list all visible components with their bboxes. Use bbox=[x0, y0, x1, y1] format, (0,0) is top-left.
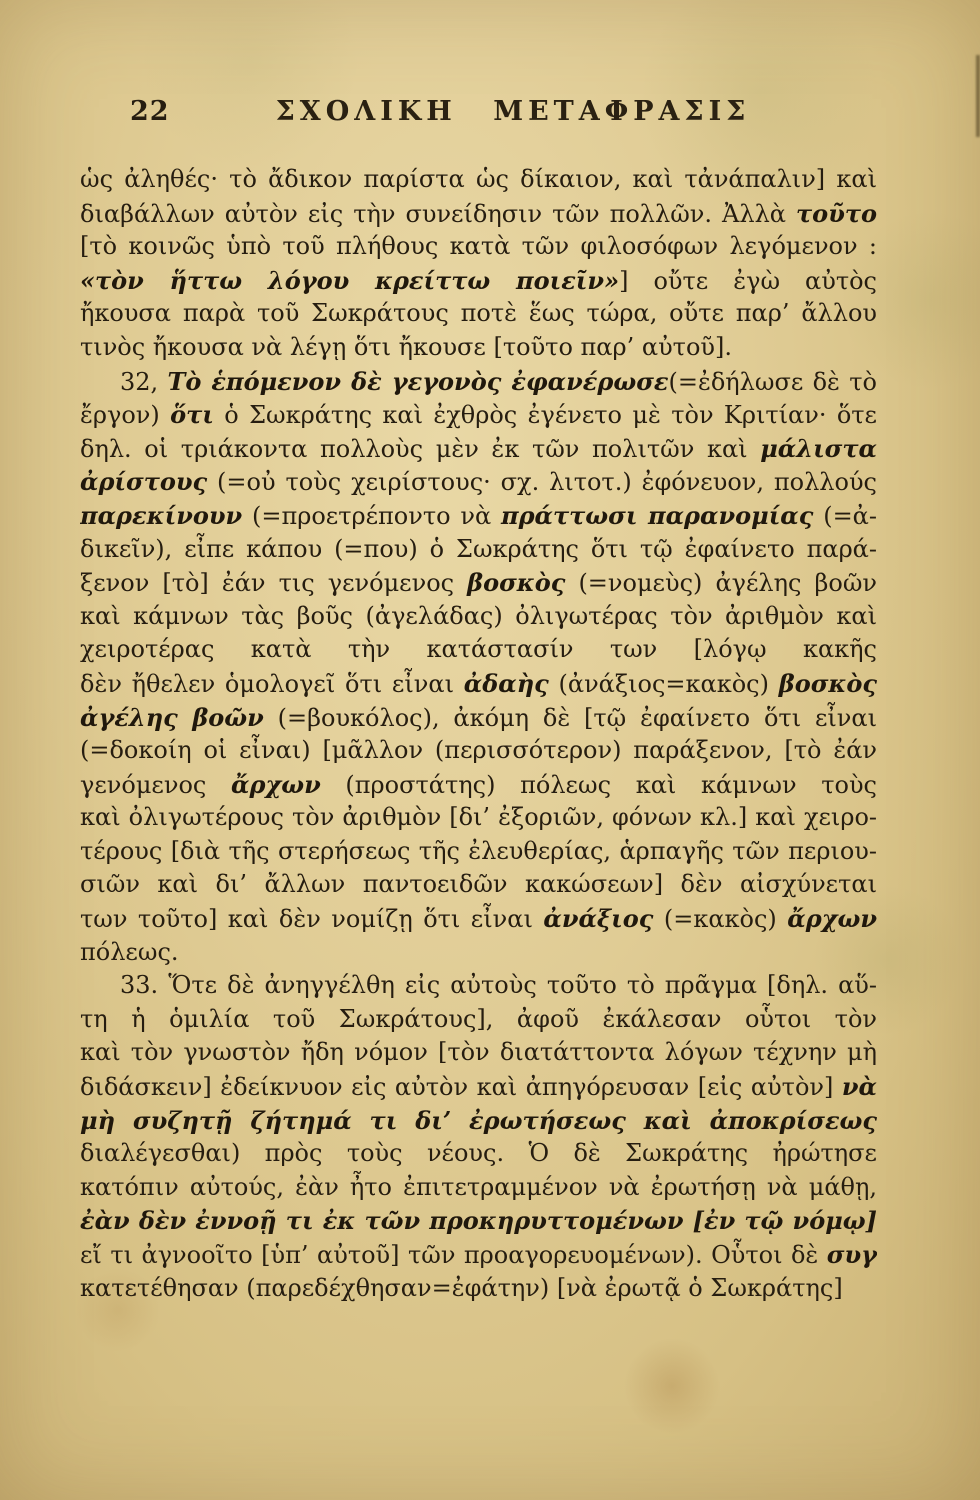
plain-text: σιῶν καὶ δι’ ἄλλων παντοειδῶν κακώσεων] … bbox=[80, 870, 877, 902]
text-line: τέρους [διὰ τῆς στερήσεως τῆς ἐλευθερίας… bbox=[80, 835, 877, 869]
lemma-text: συγ bbox=[827, 1240, 877, 1269]
lemma-text: παρεκίνουν bbox=[80, 501, 242, 530]
text-line: 32, Τὸ ἑπόμενον δὲ γεγονὸς ἐφανέρωσε(=ἐδ… bbox=[80, 365, 877, 399]
text-line: διαβάλλων αὐτὸν εἰς τὴν συνείδησιν τῶν π… bbox=[80, 197, 877, 231]
lemma-text: τοῦτο bbox=[796, 199, 877, 228]
text-line: παρεκίνουν (=προετρέποντο νὰ πράττωσι πα… bbox=[80, 499, 877, 533]
text-line: ξενον [τὸ] ἐάν τις γενόμενος βοσκὸς (=νο… bbox=[80, 566, 877, 600]
plain-text: καὶ τὸν γνωστὸν ἤδη νόμον [τὸν διατάττον… bbox=[80, 1038, 877, 1066]
plain-text: των τοῦτο] καὶ δὲν νομίζῃ ὅτι εἶναι bbox=[80, 905, 543, 933]
lemma-text: Τὸ ἑπόμενον δὲ γεγονὸς ἐφανέρωσε bbox=[168, 367, 669, 396]
plain-text: 32, bbox=[120, 368, 168, 396]
lemma-text: ἄρχων bbox=[231, 770, 321, 799]
text-line: ἤκουσα παρὰ τοῦ Σωκράτους ποτὲ ἕως τώρα,… bbox=[80, 297, 877, 331]
lemma-text: ἀγέλης βοῶν bbox=[80, 703, 264, 732]
plain-text: ὡς ἀληθές· τὸ ἄδικον παρίστα ὡς δίκαιον,… bbox=[80, 165, 877, 193]
text-line: χειροτέρας κατὰ τὴν κατάστασίν των [λόγῳ… bbox=[80, 633, 877, 667]
plain-text: τη ἡ ὁμιλία τοῦ Σωκράτους], ἀφοῦ ἐκάλεσα… bbox=[80, 1005, 877, 1037]
plain-text: διαβάλλων αὐτὸν εἰς τὴν συνείδησιν τῶν π… bbox=[80, 200, 796, 228]
plain-text: (=βουκόλος), ἀκόμη δὲ [τῷ ἐφαίνετο ὅτι ε… bbox=[264, 704, 877, 732]
text-line: πόλεως. bbox=[80, 936, 877, 970]
text-line: 33. Ὅτε δὲ ἀνηγγέλθη εἰς αὐτοὺς τοῦτο τὸ… bbox=[80, 969, 877, 1003]
plain-text: τέρους [διὰ τῆς στερήσεως τῆς ἐλευθερίας… bbox=[80, 837, 877, 865]
text-line: καὶ ὀλιγωτέρους τὸν ἀριθμὸν [δι’ ἐξοριῶν… bbox=[80, 801, 877, 835]
text-line: διδάσκειν] ἐδείκνυον εἰς αὐτὸν καὶ ἀπηγό… bbox=[80, 1070, 877, 1104]
lemma-text: ἀνάξιος bbox=[543, 904, 653, 933]
text-line: [τὸ κοινῶς ὑπὸ τοῦ πλήθους κατὰ τῶν φιλο… bbox=[80, 230, 877, 264]
lemma-text: βοσκὸς bbox=[467, 568, 565, 597]
lemma-text: ἐὰν δὲν ἐννοῇ τι ἐκ τῶν προκηρυττομένων … bbox=[80, 1206, 877, 1235]
plain-text: (=δοκοίη οἱ εἶναι) [μᾶλλον (περισσότερον… bbox=[80, 736, 877, 768]
plain-text: καὶ κάμνων τὰς βοῦς (ἀγελάδας) ὀλιγωτέρα… bbox=[80, 602, 877, 630]
plain-text: ἤκουσα παρὰ τοῦ Σωκράτους ποτὲ ἕως τώρα,… bbox=[80, 299, 877, 327]
text-line: κατόπιν αὐτούς, ἐὰν ἦτο ἐπιτετραμμένον ν… bbox=[80, 1171, 877, 1205]
text-line: διαλέγεσθαι) πρὸς τοὺς νέους. Ὁ δὲ Σωκρά… bbox=[80, 1137, 877, 1171]
lemma-text: ἀδαὴς bbox=[464, 669, 549, 698]
plain-text: (=ἐδήλωσε δὲ τὸ bbox=[669, 368, 878, 396]
plain-text: δικεῖν), εἶπε κάπου (=που) ὁ Σωκράτης ὅτ… bbox=[80, 535, 877, 563]
lemma-text: βοσκὸς bbox=[779, 669, 877, 698]
page-number: 22 bbox=[130, 96, 170, 127]
text-line: (=δοκοίη οἱ εἶναι) [μᾶλλον (περισσότερον… bbox=[80, 734, 877, 768]
plain-text: (=προετρέποντο νὰ bbox=[242, 502, 501, 530]
text-line: καὶ τὸν γνωστὸν ἤδη νόμον [τὸν διατάττον… bbox=[80, 1036, 877, 1070]
lemma-text: μὴ συζητῇ ζήτημά τι δι’ ἐρωτήσεως καὶ ἀπ… bbox=[80, 1106, 877, 1135]
plain-text: (=νομεὺς) ἀγέλης βοῶν bbox=[565, 569, 877, 597]
text-line: ἐὰν δὲν ἐννοῇ τι ἐκ τῶν προκηρυττομένων … bbox=[80, 1204, 877, 1238]
plain-text: γενόμενος bbox=[80, 771, 231, 799]
plain-text: τινὸς ἤκουσα νὰ λέγῃ ὅτι ἤκουσε [τοῦτο π… bbox=[80, 333, 732, 361]
plain-text: δὲν ἤθελεν ὁμολογεῖ ὅτι εἶναι bbox=[80, 670, 464, 698]
text-line: γενόμενος ἄρχων (προστάτης) πόλεως καὶ κ… bbox=[80, 768, 877, 802]
plain-text: (=κακὸς) bbox=[653, 905, 787, 933]
lemma-text: «τὸν ἥττω λόγου κρείττω ποιεῖν» bbox=[80, 266, 619, 295]
plain-text: 33. Ὅτε δὲ ἀνηγγέλθη εἰς αὐτοὺς τοῦτο τὸ… bbox=[120, 971, 877, 999]
lemma-text: ἄρχων bbox=[787, 904, 877, 933]
plain-text: χειροτέρας κατὰ τὴν κατάστασίν των [λόγῳ… bbox=[80, 635, 877, 667]
lemma-text: νὰ bbox=[842, 1072, 877, 1101]
text-line: τη ἡ ὁμιλία τοῦ Σωκράτους], ἀφοῦ ἐκάλεσα… bbox=[80, 1003, 877, 1037]
lemma-text: ὅτι bbox=[170, 400, 214, 429]
plain-text: δηλ. οἱ τριάκοντα πολλοὺς μὲν ἐκ τῶν πολ… bbox=[80, 435, 760, 463]
plain-text: ὁ Σωκράτης καὶ ἐχθρὸς ἐγένετο μὲ τὸν Κρι… bbox=[214, 401, 877, 429]
text-line: εἴ τι ἀγνοοῖτο [ὑπ’ αὐτοῦ] τῶν προαγορευ… bbox=[80, 1238, 877, 1272]
lemma-text: ἀρίστους bbox=[80, 467, 207, 496]
text-line: ἀρίστους (=οὐ τοὺς χειρίστους· σχ. λιτοτ… bbox=[80, 465, 877, 499]
plain-text: ἔργον) bbox=[80, 401, 170, 429]
text-line: ἀγέλης βοῶν (=βουκόλος), ἀκόμη δὲ [τῷ ἐφ… bbox=[80, 701, 877, 735]
plain-text: κατετέθησαν (παρεδέχθησαν=ἐφάτην) [νὰ ἐρ… bbox=[80, 1274, 843, 1302]
plain-text: διαλέγεσθαι) πρὸς τοὺς νέους. Ὁ δὲ Σωκρά… bbox=[80, 1139, 877, 1167]
plain-text: καὶ ὀλιγωτέρους τὸν ἀριθμὸν [δι’ ἐξοριῶν… bbox=[80, 803, 877, 831]
plain-text: εἴ τι ἀγνοοῖτο [ὑπ’ αὐτοῦ] τῶν προαγορευ… bbox=[80, 1241, 827, 1269]
text-line: ἔργον) ὅτι ὁ Σωκράτης καὶ ἐχθρὸς ἐγένετο… bbox=[80, 398, 877, 432]
plain-text: (ἀνάξιος=κακὸς) bbox=[549, 670, 779, 698]
plain-text: ξενον [τὸ] ἐάν τις γενόμενος bbox=[80, 569, 467, 597]
plain-text: πόλεως. bbox=[80, 938, 179, 966]
plain-text: διδάσκειν] ἐδείκνυον εἰς αὐτὸν καὶ ἀπηγό… bbox=[80, 1073, 842, 1101]
text-line: τινὸς ἤκουσα νὰ λέγῃ ὅτι ἤκουσε [τοῦτο π… bbox=[80, 331, 877, 365]
book-page: 22 ΣΧΟΛΙΚΗ ΜΕΤΑΦΡΑΣΙΣ ὡς ἀληθές· τὸ ἄδικ… bbox=[0, 0, 980, 1500]
text-line: κατετέθησαν (παρεδέχθησαν=ἐφάτην) [νὰ ἐρ… bbox=[80, 1272, 877, 1306]
text-line: δὲν ἤθελεν ὁμολογεῖ ὅτι εἶναι ἀδαὴς (ἀνά… bbox=[80, 667, 877, 701]
plain-text: [τὸ κοινῶς ὑπὸ τοῦ πλήθους κατὰ τῶν φιλο… bbox=[80, 232, 877, 264]
page-header: 22 ΣΧΟΛΙΚΗ ΜΕΤΑΦΡΑΣΙΣ bbox=[0, 96, 980, 126]
text-line: δικεῖν), εἶπε κάπου (=που) ὁ Σωκράτης ὅτ… bbox=[80, 533, 877, 567]
lemma-text: πράττωσι παρανομίας bbox=[501, 501, 813, 530]
text-line: «τὸν ἥττω λόγου κρείττω ποιεῖν»] οὔτε ἐγ… bbox=[80, 264, 877, 298]
body-text: ὡς ἀληθές· τὸ ἄδικον παρίστα ὡς δίκαιον,… bbox=[80, 163, 877, 1305]
text-line: των τοῦτο] καὶ δὲν νομίζῃ ὅτι εἶναι ἀνάξ… bbox=[80, 902, 877, 936]
text-line: δηλ. οἱ τριάκοντα πολλοὺς μὲν ἐκ τῶν πολ… bbox=[80, 432, 877, 466]
plain-text: κατόπιν αὐτούς, ἐὰν ἦτο ἐπιτετραμμένον ν… bbox=[80, 1173, 877, 1201]
plain-text: (=ἀ- bbox=[813, 502, 877, 530]
text-line: σιῶν καὶ δι’ ἄλλων παντοειδῶν κακώσεων] … bbox=[80, 868, 877, 902]
text-line: μὴ συζητῇ ζήτημά τι δι’ ἐρωτήσεως καὶ ἀπ… bbox=[80, 1104, 877, 1138]
text-line: ὡς ἀληθές· τὸ ἄδικον παρίστα ὡς δίκαιον,… bbox=[80, 163, 877, 197]
text-line: καὶ κάμνων τὰς βοῦς (ἀγελάδας) ὀλιγωτέρα… bbox=[80, 600, 877, 634]
